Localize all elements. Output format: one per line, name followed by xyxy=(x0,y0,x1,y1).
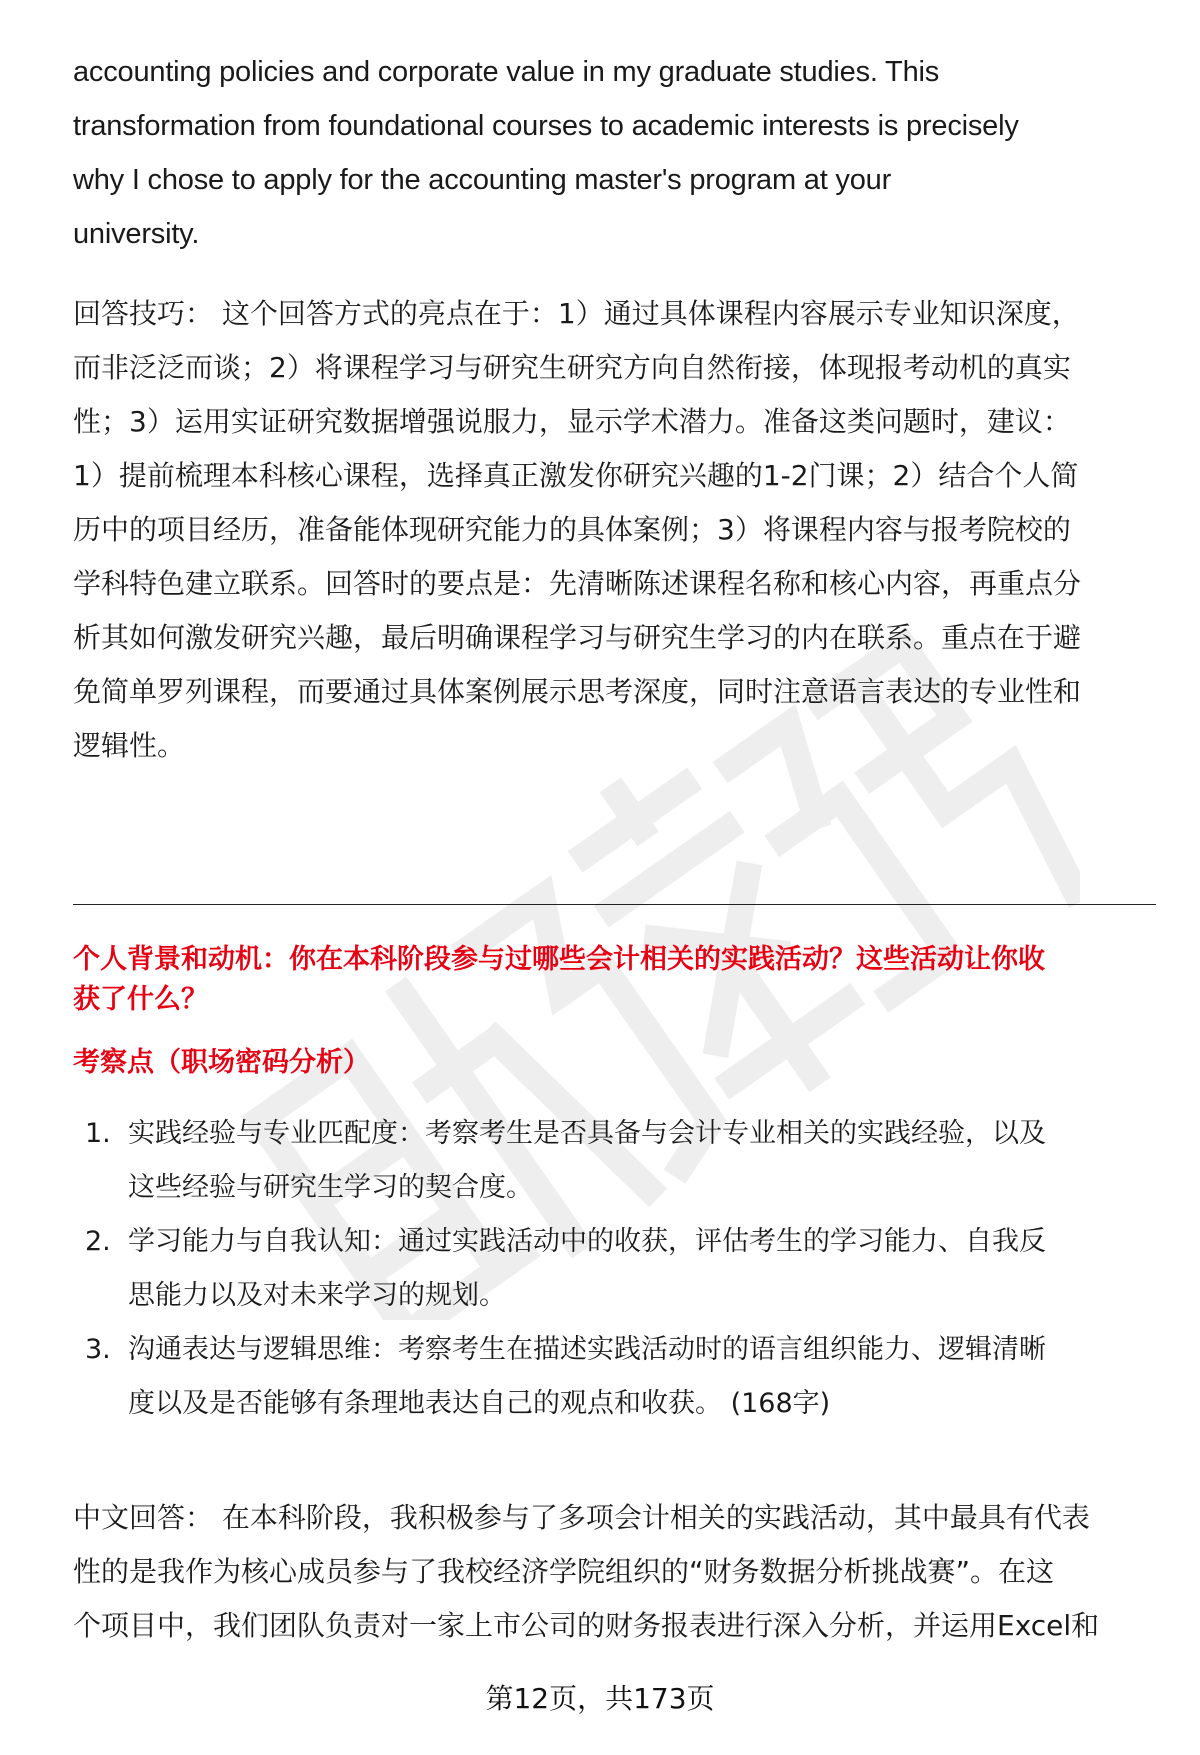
text-line: 沟通表达与逻辑思维：考察考生在描述实践活动时的语言组织能力、逻辑清晰 xyxy=(128,1323,1158,1377)
page-indicator: 第12页，共173页 xyxy=(0,1672,1200,1726)
english-answer-continuation: accounting policies and corporate value … xyxy=(73,45,1158,261)
list-item: 3. 沟通表达与逻辑思维：考察考生在描述实践活动时的语言组织能力、逻辑清晰 度以… xyxy=(73,1323,1158,1431)
text-line: 度以及是否能够有条理地表达自己的观点和收获。 (168字) xyxy=(128,1377,1158,1431)
text-line: 这些经验与研究生学习的契合度。 xyxy=(128,1161,1158,1215)
text-line: 1）提前梳理本科核心课程，选择真正激发你研究兴趣的1-2门课；2）结合个人简 xyxy=(73,449,1158,503)
list-number: 1. xyxy=(85,1107,111,1161)
list-item: 1. 实践经验与专业匹配度：考察考生是否具备与会计专业相关的实践经验，以及 这些… xyxy=(73,1107,1158,1215)
text-line: accounting policies and corporate value … xyxy=(73,45,1158,99)
text-line: 性；3）运用实证研究数据增强说服力，显示学术潜力。准备这类问题时，建议： xyxy=(73,395,1158,449)
text-line: 个项目中，我们团队负责对一家上市公司的财务报表进行深入分析，并运用Excel和 xyxy=(73,1599,1158,1653)
text-line: 中文回答： 在本科阶段，我积极参与了多项会计相关的实践活动，其中最具有代表 xyxy=(73,1491,1158,1545)
list-number: 3. xyxy=(85,1323,111,1377)
question-heading: 个人背景和动机：你在本科阶段参与过哪些会计相关的实践活动？这些活动让你收 获了什… xyxy=(73,940,1158,1020)
answer-tips-paragraph: 回答技巧： 这个回答方式的亮点在于：1）通过具体课程内容展示专业知识深度， 而非… xyxy=(73,287,1158,773)
chinese-answer-paragraph: 中文回答： 在本科阶段，我积极参与了多项会计相关的实践活动，其中最具有代表 性的… xyxy=(73,1491,1158,1653)
analysis-points-list: 1. 实践经验与专业匹配度：考察考生是否具备与会计专业相关的实践经验，以及 这些… xyxy=(73,1107,1158,1431)
list-number: 2. xyxy=(85,1215,111,1269)
section-divider xyxy=(73,904,1156,905)
text-line: 实践经验与专业匹配度：考察考生是否具备与会计专业相关的实践经验，以及 xyxy=(128,1107,1158,1161)
text-line: transformation from foundational courses… xyxy=(73,99,1158,153)
text-line: why I chose to apply for the accounting … xyxy=(73,153,1158,207)
text-line: university. xyxy=(73,207,1158,261)
list-item: 2. 学习能力与自我认知：通过实践活动中的收获，评估考生的学习能力、自我反 思能… xyxy=(73,1215,1158,1323)
text-line: 而非泛泛而谈；2）将课程学习与研究生研究方向自然衔接，体现报考动机的真实 xyxy=(73,341,1158,395)
text-line: 逻辑性。 xyxy=(73,719,1158,773)
text-line: 思能力以及对未来学习的规划。 xyxy=(128,1269,1158,1323)
heading-line: 获了什么？ xyxy=(73,980,1158,1020)
text-line: 析其如何激发研究兴趣，最后明确课程学习与研究生学习的内在联系。重点在于避 xyxy=(73,611,1158,665)
text-line: 回答技巧： 这个回答方式的亮点在于：1）通过具体课程内容展示专业知识深度， xyxy=(73,287,1158,341)
analysis-heading: 考察点（职场密码分析） xyxy=(73,1043,1158,1083)
text-line: 学习能力与自我认知：通过实践活动中的收获，评估考生的学习能力、自我反 xyxy=(128,1215,1158,1269)
text-line: 免简单罗列课程，而要通过具体案例展示思考深度，同时注意语言表达的专业性和 xyxy=(73,665,1158,719)
heading-line: 个人背景和动机：你在本科阶段参与过哪些会计相关的实践活动？这些活动让你收 xyxy=(73,940,1158,980)
text-line: 历中的项目经历，准备能体现研究能力的具体案例；3）将课程内容与报考院校的 xyxy=(73,503,1158,557)
text-line: 学科特色建立联系。回答时的要点是：先清晰陈述课程名称和核心内容，再重点分 xyxy=(73,557,1158,611)
text-line: 性的是我作为核心成员参与了我校经济学院组织的“财务数据分析挑战赛”。在这 xyxy=(73,1545,1158,1599)
